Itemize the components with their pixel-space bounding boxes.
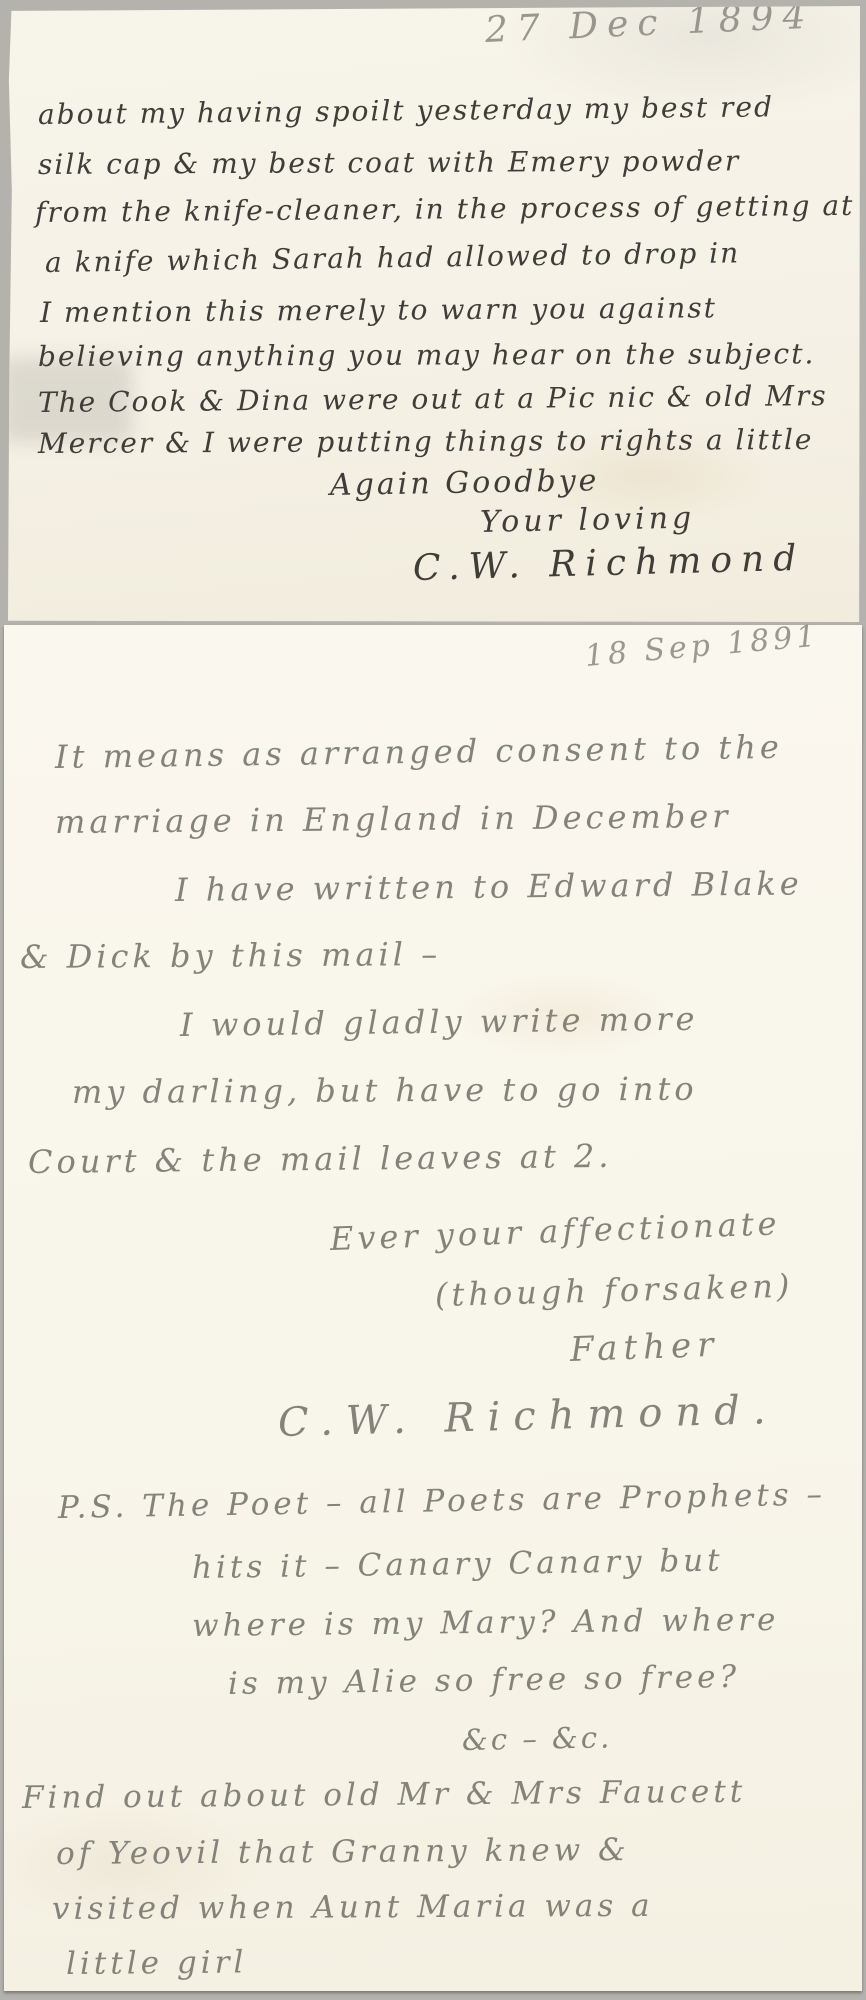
letter2-valediction-line-3: Father [569,1325,720,1370]
letter2-body-line-4: & Dick by this mail – [20,935,441,976]
letter2-postscript-line-3: where is my Mary? And where [192,1602,780,1644]
letter1-body-line-4: a knife which Sarah had allowed to drop … [45,236,741,279]
letter1-body-line-5: I mention this merely to warn you agains… [40,291,717,329]
letter2-postscript-line-1: P.S. The Poet – all Poets are Prophets – [58,1477,827,1526]
letter1-date: 27 Dec 1894 [484,0,815,51]
letter1-body-line-1: about my having spoilt yesterday my best… [38,90,774,131]
letter2-postscript-line-5: &c – &c. [462,1720,613,1757]
letter1-body-line-8: Mercer & I were putting things to rights… [38,423,814,460]
letter2-body-line-6: my darling, but have to go into [72,1070,698,1111]
letter2-postscript-line-9: little girl [66,1944,248,1982]
letter1-closing: Again Goodbye [330,463,600,503]
letter1-signature: C.W. Richmond [412,538,805,589]
letter2-postscript-line-7: of Yeovil that Granny knew & [56,1832,630,1872]
letter1-page: 27 Dec 1894 about my having spoilt yeste… [8,6,860,622]
letter2-signature: C.W. Richmond. [277,1387,779,1446]
letter2-valediction-line-1: Ever your affectionate [329,1204,781,1258]
letter1-body-line-3: from the knife-cleaner, in the process o… [35,189,855,229]
letter1-valediction: Your loving [480,500,696,539]
letter2-body-line-7: Court & the mail leaves at 2. [28,1137,613,1181]
letter2-postscript-line-6: Find out about old Mr & Mrs Faucett [22,1774,747,1816]
letter2-page: 18 Sep 1891 It means as arranged consent… [4,625,862,1991]
letter1-body-line-2: silk cap & my best coat with Emery powde… [38,144,740,181]
letter2-date: 18 Sep 1891 [583,619,820,674]
letter2-body-line-1: It means as arranged consent to the [55,728,783,776]
letter2-valediction-line-2: (though forsaken) [435,1267,794,1314]
letter2-postscript-line-4: is my Alie so free so free? [228,1659,741,1702]
letter2-postscript-line-2: hits it – Canary Canary but [192,1543,724,1586]
letter2-body-line-2: marriage in England in December [55,797,732,841]
scan-background: 27 Dec 1894 about my having spoilt yeste… [0,0,866,2000]
letter2-body-line-5: I would gladly write more [180,1000,699,1044]
letter1-body-line-7: The Cook & Dina were out at a Pic nic & … [38,379,828,419]
letter2-postscript-line-8: visited when Aunt Maria was a [52,1888,654,1927]
letter2-body-line-3: I have written to Edward Blake [175,864,803,909]
letter1-body-line-6: believing anything you may hear on the s… [38,337,815,373]
